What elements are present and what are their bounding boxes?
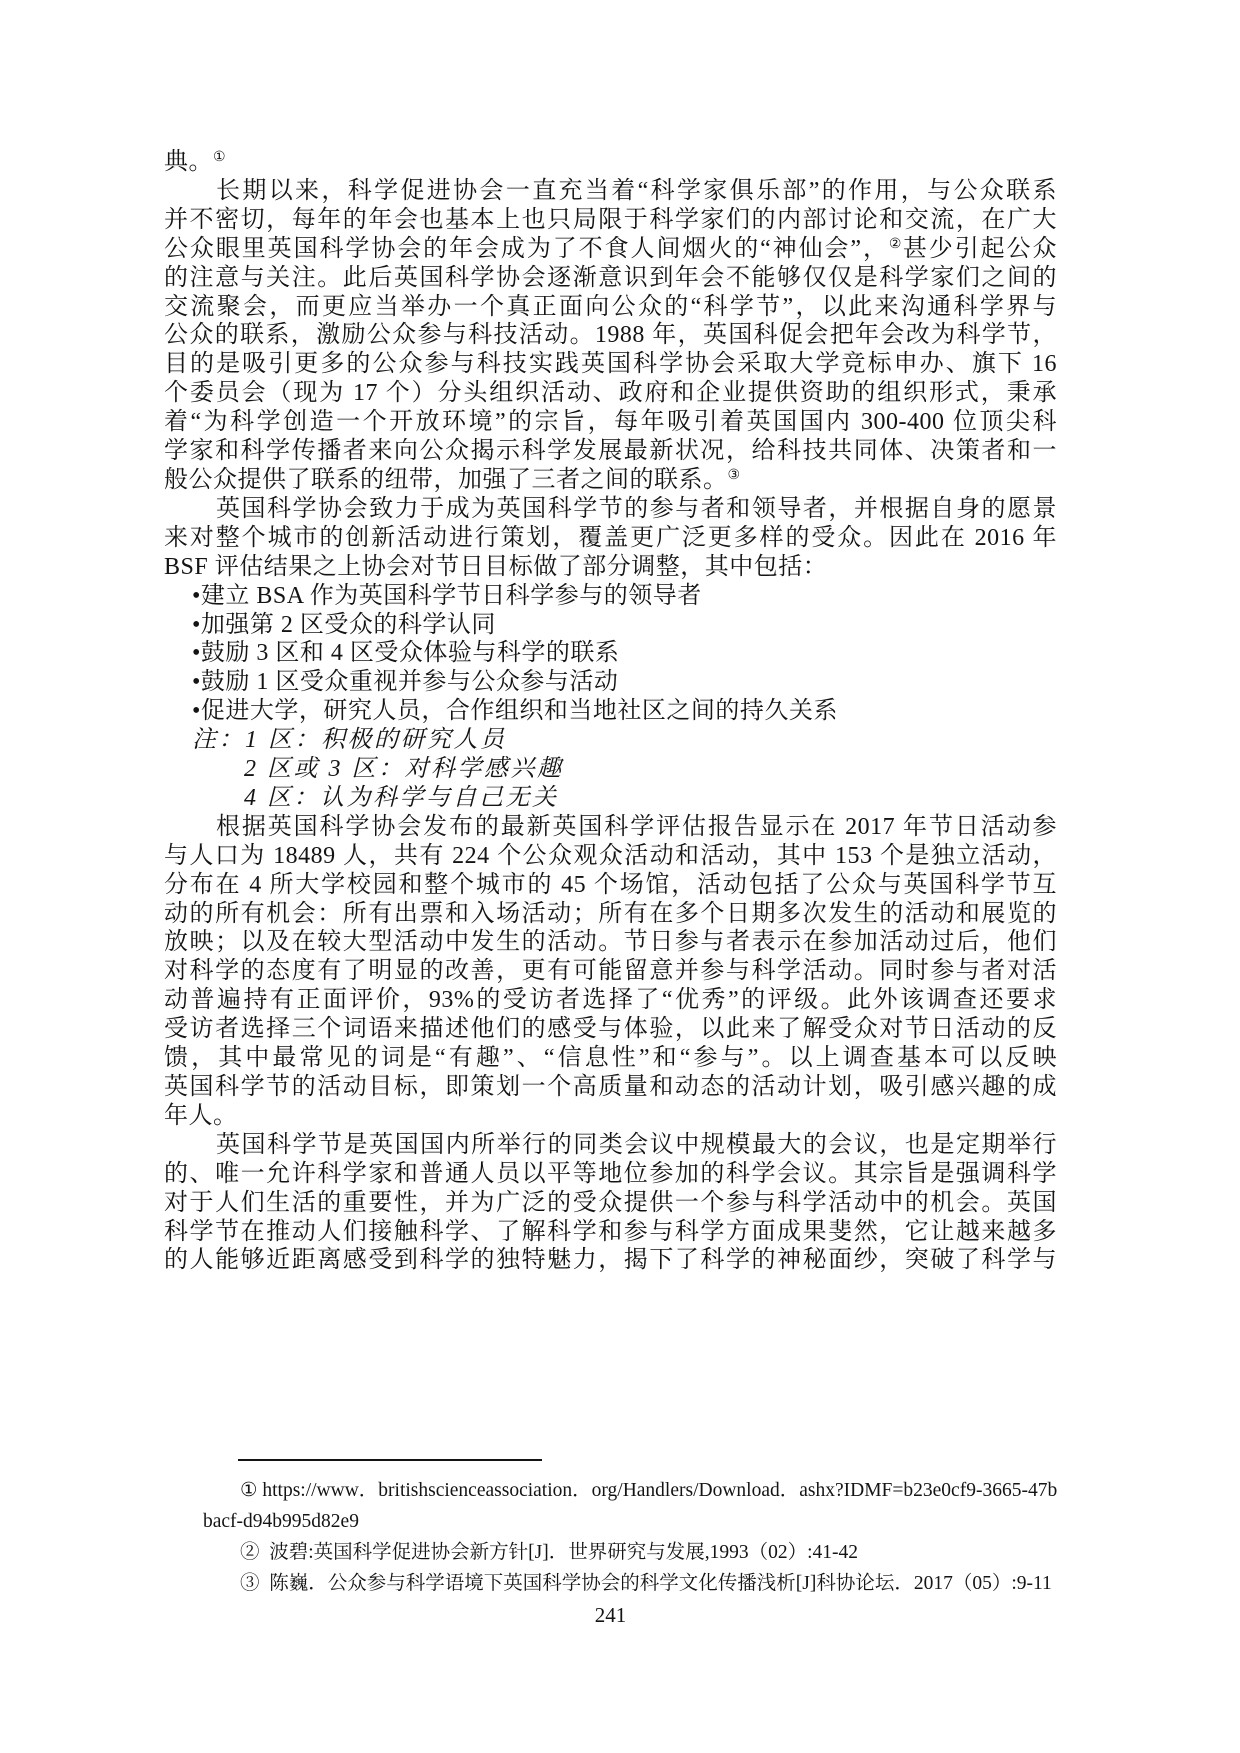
text-line: 对于人们生活的重要性，并为广泛的受众提供一个参与科学活动中的机会。英国 [164,1189,1057,1218]
footnote-line: ① https://www．britishscienceassociation．… [203,1475,1057,1506]
text-line: 4 区：认为科学与自己无关 [164,784,1057,813]
text-line: 注：1 区：积极的研究人员 [164,726,1057,755]
footnote-line: ② 波碧:英国科学促进协会新方针[J]．世界研究与发展,1993（02）:41-… [203,1537,1057,1568]
text-line: 动的所有机会：所有出票和入场活动；所有在多个日期多次发生的活动和展览的 [164,900,1057,929]
text-line: 着“为科学创造一个开放环境”的宗旨，每年吸引着英国国内 300-400 位顶尖科 [164,408,1057,437]
text-line: BSF 评估结果之上协会对节日目标做了部分调整，其中包括： [164,553,1057,582]
text-line: 目的是吸引更多的公众参与科技实践英国科学协会采取大学竞标申办、旗下 16 [164,350,1057,379]
body-text: 典。①长期以来，科学促进协会一直充当着“科学家俱乐部”的作用，与公众联系并不密切… [164,148,1057,1275]
text-segment: 般公众提供了联系的纽带，加强了三者之间的联系。 [164,467,728,493]
text-line: 对科学的态度有了明显的改善，更有可能留意并参与科学活动。同时参与者对活 [164,957,1057,986]
text-line: 的、唯一允许科学家和普通人员以平等地位参加的科学会议。其宗旨是强调科学 [164,1160,1057,1189]
text-line: 放映；以及在较大型活动中发生的活动。节日参与者表示在参加活动过后，他们 [164,928,1057,957]
footnote-line: ③ 陈巍．公众参与科学语境下英国科学协会的科学文化传播浅析[J]科协论坛．201… [203,1568,1057,1599]
footnote-section: ① https://www．britishscienceassociation．… [203,1475,1057,1599]
text-segment: 甚少引起公众 [903,236,1057,262]
text-line: 般公众提供了联系的纽带，加强了三者之间的联系。③ [164,466,1057,495]
text-line: 馈，其中最常见的词是“有趣”、“信息性”和“参与”。以上调查基本可以反映 [164,1044,1057,1073]
text-line: 与人口为 18489 人，共有 224 个公众观众活动和活动，其中 153 个是… [164,842,1057,871]
footnote-ref-superscript: ③ [728,468,741,483]
text-line: 英国科学节的活动目标，即策划一个高质量和动态的活动计划，吸引感兴趣的成 [164,1073,1057,1102]
footnote-separator [238,1459,542,1461]
text-line: 的注意与关注。此后英国科学协会逐渐意识到年会不能够仅仅是科学家们之间的 [164,264,1057,293]
text-line: •加强第 2 区受众的科学认同 [164,611,1057,640]
text-line: 动普遍持有正面评价，93%的受访者选择了“优秀”的评级。此外该调查还要求 [164,986,1057,1015]
text-line: 分布在 4 所大学校园和整个城市的 45 个场馆，活动包括了公众与英国科学节互 [164,871,1057,900]
text-line: 来对整个城市的创新活动进行策划，覆盖更广泛更多样的受众。因此在 2016 年 [164,524,1057,553]
text-line: 的人能够近距离感受到科学的独特魅力，揭下了科学的神秘面纱，突破了科学与 [164,1246,1057,1275]
text-line: 科学节在推动人们接触科学、了解科学和参与科学方面成果斐然，它让越来越多 [164,1218,1057,1247]
text-line: 长期以来，科学促进协会一直充当着“科学家俱乐部”的作用，与公众联系 [164,177,1057,206]
text-line: •鼓励 3 区和 4 区受众体验与科学的联系 [164,639,1057,668]
text-line: 英国科学节是英国国内所举行的同类会议中规模最大的会议，也是定期举行 [164,1131,1057,1160]
text-line: 2 区或 3 区：对科学感兴趣 [164,755,1057,784]
text-line: 个委员会（现为 17 个）分头组织活动、政府和企业提供资助的组织形式，秉承 [164,379,1057,408]
text-line: 交流聚会，而更应当举办一个真正面向公众的“科学节”，以此来沟通科学界与 [164,293,1057,322]
text-line: 受访者选择三个词语来描述他们的感受与体验，以此来了解受众对节日活动的反 [164,1015,1057,1044]
footnote-line: bacf-d94b995d82e9 [203,1506,1057,1537]
text-line: 典。① [164,148,1057,177]
footnote-ref-superscript: ① [213,150,226,165]
text-line: 根据英国科学协会发布的最新英国科学评估报告显示在 2017 年节日活动参 [164,813,1057,842]
text-line: •鼓励 1 区受众重视并参与公众参与活动 [164,668,1057,697]
text-line: •建立 BSA 作为英国科学节日科学参与的领导者 [164,582,1057,611]
text-segment: 公众眼里英国科学协会的年会成为了不食人间烟火的“神仙会”， [164,236,889,262]
text-line: •促进大学，研究人员，合作组织和当地社区之间的持久关系 [164,697,1057,726]
text-line: 英国科学协会致力于成为英国科学节的参与者和领导者，并根据自身的愿景 [164,495,1057,524]
text-line: 公众的联系，激励公众参与科技活动。1988 年，英国科促会把年会改为科学节， [164,321,1057,350]
text-line: 并不密切，每年的年会也基本上也只局限于科学家们的内部讨论和交流，在广大 [164,206,1057,235]
text-segment: 典。 [164,149,213,175]
footnote-ref-superscript: ② [889,237,903,252]
text-line: 学家和科学传播者来向公众揭示科学发展最新状况，给科技共同体、决策者和一 [164,437,1057,466]
document-page: 典。①长期以来，科学促进协会一直充当着“科学家俱乐部”的作用，与公众联系并不密切… [0,0,1240,1753]
text-line: 年人。 [164,1102,1057,1131]
page-number: 241 [164,1600,1057,1631]
text-line: 公众眼里英国科学协会的年会成为了不食人间烟火的“神仙会”，②甚少引起公众 [164,235,1057,264]
